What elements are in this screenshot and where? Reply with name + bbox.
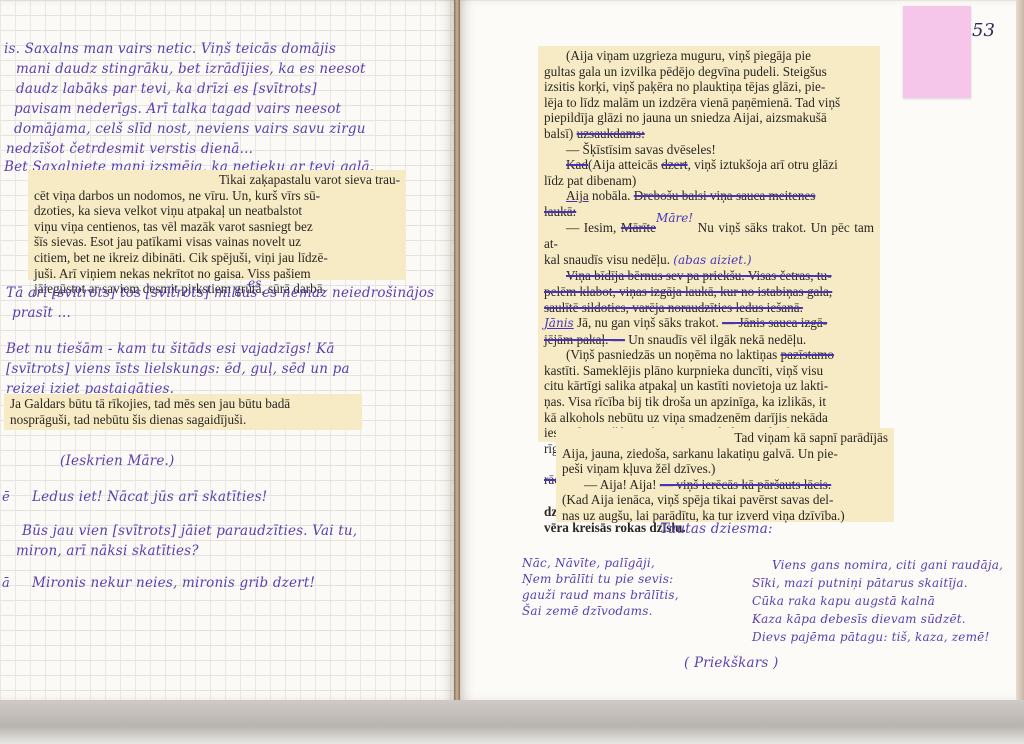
struck-text: pazīstamo bbox=[781, 347, 834, 362]
clipping-line: izsitis korķi, viņš paķēra no plauktiņa … bbox=[544, 79, 874, 95]
clipping-line: — Iesim, MārīteMāre! Nu viņš sāks trakot… bbox=[544, 220, 874, 252]
clipping-line: Viņa bīdīja bērnus sev pa priekšu. Visas… bbox=[544, 268, 874, 284]
text-span: kal snaudīs visu nedēļu. bbox=[544, 252, 670, 267]
clipping-line: pelēm klabot, viņas izgāja laukā, kur no… bbox=[544, 284, 874, 300]
clipping-line: citu kārtīgi salika atpakaļ un kastīti n… bbox=[544, 378, 874, 394]
text-span: (Aija atteicās bbox=[588, 157, 658, 172]
song-line: Dievs pajēma pātagu: tiš, kaza, zemē! bbox=[752, 630, 990, 644]
text-span: Jā, nu gan viņš sāks trakot. bbox=[577, 315, 719, 330]
song-line: Kaza kāpa debesīs dievam sūdzēt. bbox=[752, 612, 966, 626]
clipping-line: Tikai zaķapastalu varot sieva trau- bbox=[34, 172, 400, 188]
clipping-line: ņas. Visa rīcība bij tik droša un apzinī… bbox=[544, 394, 874, 410]
dialogue-line: miron, arī nāksi skatīties? bbox=[16, 542, 199, 561]
clipping-line: kā alkohols nebūtu uz viņa smadzenēm dar… bbox=[544, 410, 874, 426]
margin-note: Jānis bbox=[544, 316, 574, 330]
handwriting-line: daudz labāks par tevi, ka drīzi es [svīt… bbox=[16, 80, 317, 99]
song-line: gauži raud mans brālītis, bbox=[522, 588, 679, 602]
clipping-line: kastīti. Sameklējis plāno kurpnieka dunc… bbox=[544, 363, 874, 379]
struck-text: Mārīte bbox=[621, 220, 656, 235]
clipping-line: Aija nobāla. Drebošu balsi viņa sauca me… bbox=[544, 188, 874, 204]
stage-direction: (Ieskrien Māre.) bbox=[60, 452, 175, 471]
clipping-line: dzoties, ka sieva velkot viņu atpakaļ un… bbox=[34, 203, 400, 219]
clipping-line: šīs sievas. Esot jau patīkami visas vain… bbox=[34, 234, 400, 250]
clipping-line: Aija, jauna, ziedoša, sarkanu lakatiņu g… bbox=[562, 446, 888, 462]
clipping-line: — Šķīstīsim savas dvēseles! bbox=[544, 142, 874, 158]
handwriting-line: Bet nu tiešām - kam tu šitāds esi vajadz… bbox=[6, 340, 335, 359]
clipping-line: kal snaudīs visu nedēļu. (abas aiziet.) bbox=[544, 252, 874, 269]
handwriting-line: [svītrots] viens īsts lielskungs: ēd, gu… bbox=[6, 360, 350, 379]
sticky-note bbox=[903, 6, 971, 98]
clipping-line: juši. Arī viņiem nekas nekrītot no gaisa… bbox=[34, 266, 400, 282]
struck-text: — Jānis sauca izgā- bbox=[722, 315, 827, 330]
text-span: nobāla. bbox=[589, 188, 631, 203]
page-gutter bbox=[454, 0, 460, 700]
song-line: Cūka raka kapu augstā kalnā bbox=[752, 594, 935, 608]
text-span: — Aija! Aija! bbox=[584, 477, 657, 492]
printed-clipping-end: Tad viņam kā sapnī parādījās Aija, jauna… bbox=[556, 428, 894, 522]
dialogue-line: Ledus iet! Nācat jūs arī skatīties! bbox=[32, 488, 267, 507]
struck-text: Kad bbox=[566, 157, 588, 172]
underlined-text: Aija bbox=[566, 188, 589, 203]
clipping-line: peši viņam kļuva žēl dzīves.) bbox=[562, 461, 888, 477]
song-line: Šai zemē dzīvodams. bbox=[522, 604, 653, 618]
handwriting-line: pavisam nederīgs. Arī talka tagad vairs … bbox=[14, 100, 341, 119]
handwritten-note: (abas aiziet.) bbox=[673, 253, 751, 267]
struck-text: pelēm klabot, viņas izgāja laukā, kur no… bbox=[544, 284, 832, 299]
handwriting-line: prasīt ... bbox=[12, 304, 71, 323]
clipping-line: cēt viņa darbos un nodomos, ne vīru. Un,… bbox=[34, 188, 400, 204]
clipping-line: Tad viņam kā sapnī parādījās bbox=[562, 430, 888, 446]
song-line: Nāc, Nāvīte, palīgāji, bbox=[522, 556, 655, 570]
song-line: Viens gans nomira, citi gani raudāja, bbox=[772, 558, 1003, 572]
handwriting-line: mani daudz stingrāku, bet izrādījies, ka… bbox=[16, 60, 366, 79]
scanner-shadow bbox=[0, 700, 1024, 744]
clipping-line: nosprāguši, tad nebūtu šis dienas sagaid… bbox=[10, 412, 356, 428]
handwriting-line: nedzīšot četrdesmit verstis dienā... bbox=[6, 140, 253, 159]
clipping-line: laukā: bbox=[544, 204, 874, 220]
clipping-line: (Aija viņam uzgrieza muguru, viņš piegāj… bbox=[544, 48, 874, 64]
insertion-note: Māre! bbox=[656, 211, 693, 225]
clipping-line: — Aija! Aija! — viņš ierēcās kā pāršauts… bbox=[562, 477, 888, 493]
handwriting-line: is. Saxalns man vairs netic. Viņš teicās… bbox=[4, 40, 336, 59]
clipping-line: viņu viņa centienos, tas vēl mazāk varot… bbox=[34, 219, 400, 235]
clipping-line: līdz pat dibenam) bbox=[544, 173, 874, 189]
speaker-mark: ē bbox=[2, 490, 10, 505]
notebook-scan: is. Saxalns man vairs netic. Viņš teicās… bbox=[0, 0, 1024, 744]
dialogue-line: Mironis nekur neies, mironis grib dzert! bbox=[32, 574, 315, 593]
page-number: 53 bbox=[972, 20, 995, 41]
song-title: Tautas dziesma: bbox=[660, 520, 773, 539]
clipping-line: lēja to līdz malām un izdzēra vienā paņē… bbox=[544, 95, 874, 111]
clipping-line: Kad(Aija atteicās dzert, viņš iztukšoja … bbox=[544, 157, 874, 173]
speaker-mark: ā bbox=[2, 576, 10, 591]
clipping-line: Jānis Jā, nu gan viņš sāks trakot. — Jān… bbox=[544, 315, 874, 332]
clipping-line: saulītē sildoties, varēja noraudzīties l… bbox=[544, 300, 874, 316]
struck-text: uzsaukdams: bbox=[577, 126, 645, 141]
page-edge bbox=[1016, 0, 1024, 700]
struck-text: Drebošu balsi viņa sauca meitenes bbox=[634, 188, 816, 203]
handwriting-line: domājama, celš slīd nost, neviens vairs … bbox=[14, 120, 366, 139]
text-span: — Iesim, bbox=[566, 220, 616, 235]
dialogue-line: Būs jau vien [svītrots] jāiet paraudzīti… bbox=[22, 522, 357, 541]
clipping-line: Ja Galdars būtu tā rīkojies, tad mēs sen… bbox=[10, 396, 356, 412]
struck-text: jējām pakaļ. — bbox=[544, 332, 625, 347]
struck-text: saulītē sildoties, varēja noraudzīties l… bbox=[544, 300, 803, 315]
struck-text: laukā: bbox=[544, 204, 576, 219]
clipping-line: piepildīja glāzi no jauna un sniedza Aij… bbox=[544, 110, 874, 126]
struck-text: — viņš ierēcās kā pāršauts lācis. bbox=[660, 477, 831, 492]
text-span: (Viņš pasniedzās un noņēma no laktiņas bbox=[566, 347, 777, 362]
clipping-line: (Viņš pasniedzās un noņēma no laktiņas p… bbox=[544, 347, 874, 363]
curtain-attribution: ( Priekškars ) bbox=[684, 654, 778, 673]
clipping-line: gultas gala un izvilka pēdējo degvīna pu… bbox=[544, 64, 874, 80]
clipping-line: citiem, bet ne ikreiz dibināti. Cik spēj… bbox=[34, 250, 400, 266]
handwriting-line: Tā arī [svītrots] tos [svītrots] miltus … bbox=[6, 284, 434, 303]
struck-text: Viņa bīdīja bērnus sev pa priekšu. Visas… bbox=[566, 268, 832, 283]
printed-clipping: Tikai zaķapastalu varot sieva trau- cēt … bbox=[28, 170, 406, 280]
struck-text: dzert bbox=[661, 157, 687, 172]
clipping-line: (Kad Aija ienāca, viņš spēja tikai pavēr… bbox=[562, 492, 888, 508]
text-span: , viņš iztukšoja arī otru glāzi bbox=[688, 157, 838, 172]
song-line: Sīki, mazi putniņi pātarus skaitīja. bbox=[752, 576, 968, 590]
text-span: Un snaudīs vēl ilgāk nekā nedēļu. bbox=[628, 332, 806, 347]
text-span: balsī) bbox=[544, 126, 573, 141]
printed-clipping-main: (Aija viņam uzgrieza muguru, viņš piegāj… bbox=[538, 46, 880, 442]
song-line: Ņem brālīti tu pie sevis: bbox=[522, 572, 673, 586]
printed-clipping: Ja Galdars būtu tā rīkojies, tad mēs sen… bbox=[4, 394, 362, 430]
clipping-line: balsī) uzsaukdams: bbox=[544, 126, 874, 142]
clipping-line: jējām pakaļ. — Un snaudīs vēl ilgāk nekā… bbox=[544, 332, 874, 348]
